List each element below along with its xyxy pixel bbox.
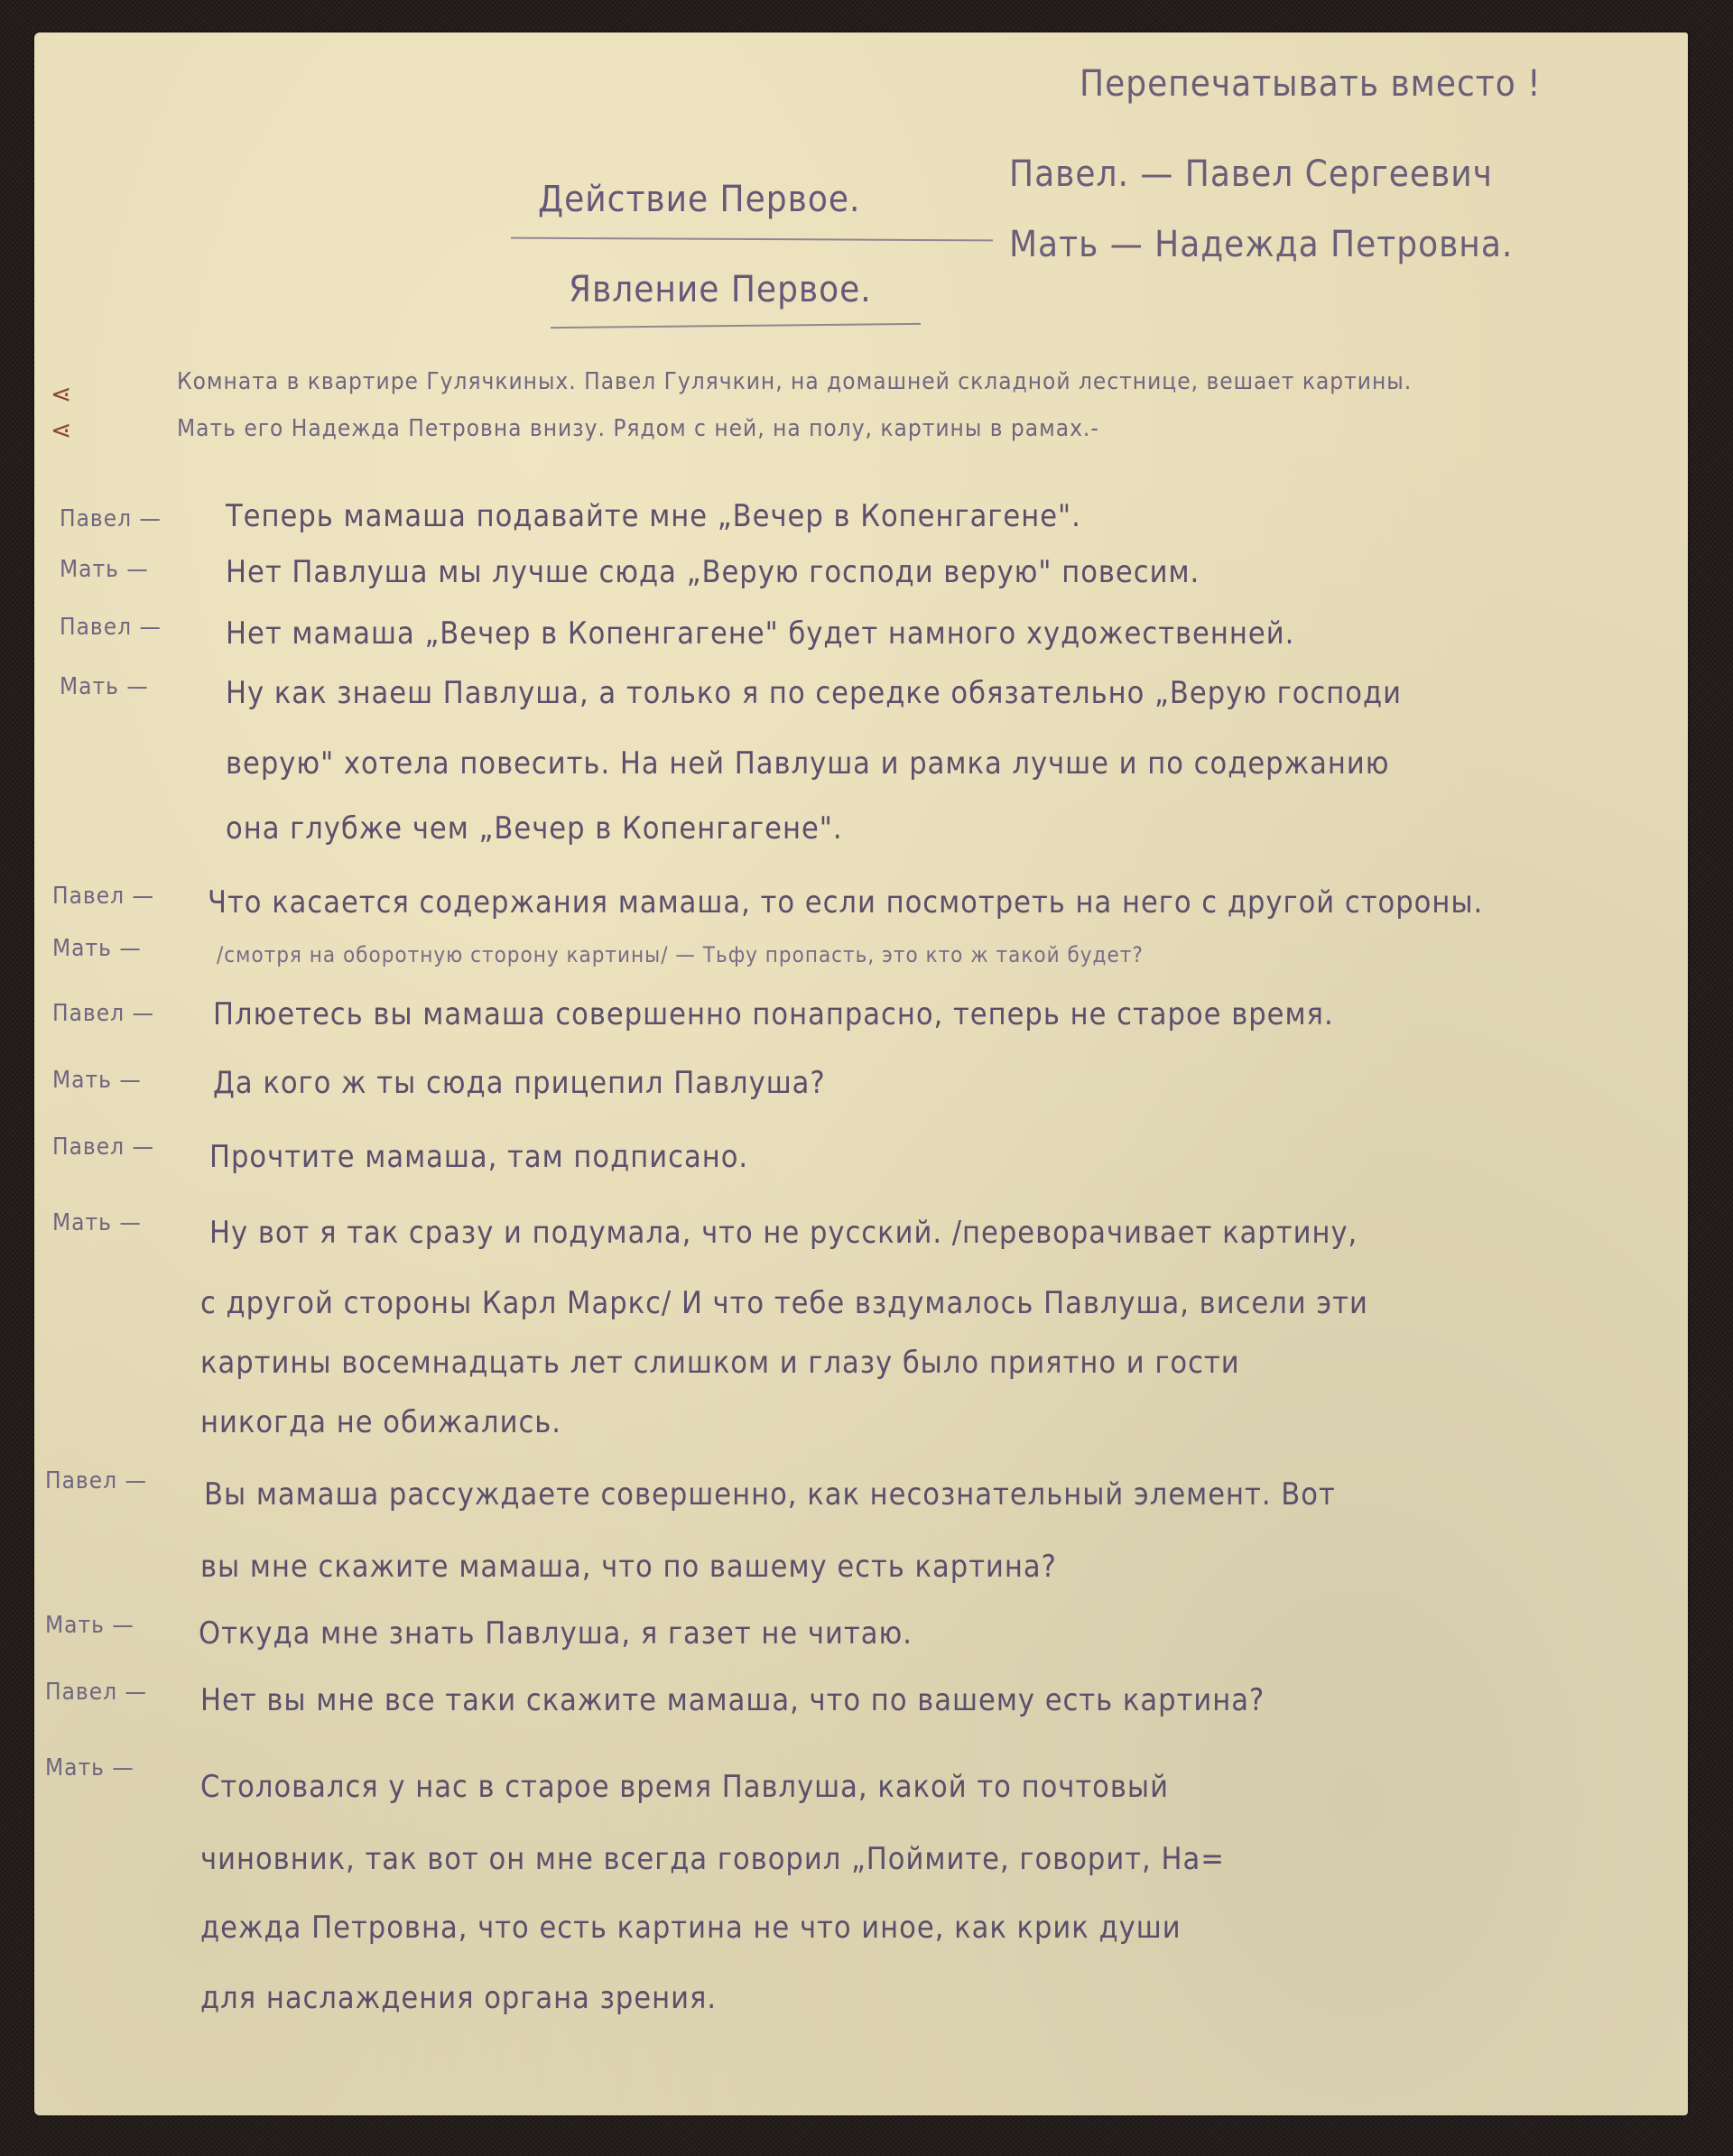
dialogue-line: Теперь мамаша подавайте мне „Вечер в Коп… [226,498,1081,534]
speaker-label: Мать — [45,1754,134,1781]
dialogue-line: Нет вы мне все таки скажите мамаша, что … [200,1682,1265,1718]
margin-insert-mark: ⋖ [51,415,71,445]
dialogue-line: Прочтите мамаша, там подписано. [209,1139,748,1175]
dialogue-line: /смотря на оборотную сторону картины/ — … [217,942,1144,967]
dialogue-line: для наслаждения органа зрения. [200,1980,717,2016]
dialogue-line: верую" хотела повесить. На ней Павлуша и… [226,745,1390,782]
dialogue-line: с другой стороны Карл Маркс/ И что тебе … [200,1285,1368,1321]
dialogue-line: Вы мамаша рассуждаете совершенно, как не… [204,1476,1336,1513]
dialogue-line: картины восемнадцать лет слишком и глазу… [200,1345,1240,1381]
rename-note-mother: Мать — Надежда Петровна. [1009,224,1513,265]
speaker-label: Павел — [52,1134,154,1161]
dialogue-line: дежда Петровна, что есть картина не что … [200,1910,1182,1946]
dialogue-line: Нет мамаша „Вечер в Копенгагене" будет н… [226,615,1294,652]
speaker-label: Павел — [60,505,162,532]
dialogue-line: Ну вот я так сразу и подумала, что не ру… [209,1215,1358,1251]
retype-note: Перепечатывать вместо ! [1080,63,1542,105]
rename-note-pavel: Павел. — Павел Сергеевич [1009,153,1493,195]
speaker-label: Павел — [45,1467,147,1494]
speaker-label: Мать — [60,556,149,583]
speaker-label: Мать — [52,935,142,962]
dialogue-line: Ну как знаеш Павлуша, а только я по сере… [226,675,1402,711]
dialogue-line: она глубже чем „Вечер в Копенгагене". [226,810,843,847]
act-heading: Действие Первое. [538,179,860,220]
speaker-label: Мать — [45,1612,134,1639]
dialogue-line: никогда не обижались. [200,1404,561,1440]
dialogue-line: Да кого ж ты сюда прицепил Павлуша? [213,1065,826,1101]
dialogue-line: Плюетесь вы мамаша совершенно понапрасно… [213,996,1334,1032]
stage-direction-line: Комната в квартире Гулячкиных. Павел Гул… [177,368,1412,395]
dialogue-line: Откуда мне знать Павлуша, я газет не чит… [199,1615,913,1652]
speaker-label: Мать — [52,1209,142,1236]
dialogue-line: Что касается содержания мамаша, то если … [208,884,1483,921]
scene-heading: Явление Первое. [569,269,872,310]
speaker-label: Павел — [45,1679,147,1706]
dialogue-line: Нет Павлуша мы лучше сюда „Верую господи… [226,554,1200,590]
speaker-label: Мать — [60,673,149,700]
speaker-label: Павел — [52,883,154,910]
speaker-label: Павел — [60,614,162,641]
dialogue-line: чиновник, так вот он мне всегда говорил … [200,1841,1225,1877]
margin-insert-mark: ⋖ [51,379,71,409]
dialogue-line: Столовался у нас в старое время Павлуша,… [200,1769,1169,1805]
speaker-label: Павел — [52,1000,154,1027]
speaker-label: Мать — [52,1067,142,1094]
dialogue-line: вы мне скажите мамаша, что по вашему ест… [200,1549,1057,1585]
stage-direction-line: Мать его Надежда Петровна внизу. Рядом с… [177,415,1099,442]
